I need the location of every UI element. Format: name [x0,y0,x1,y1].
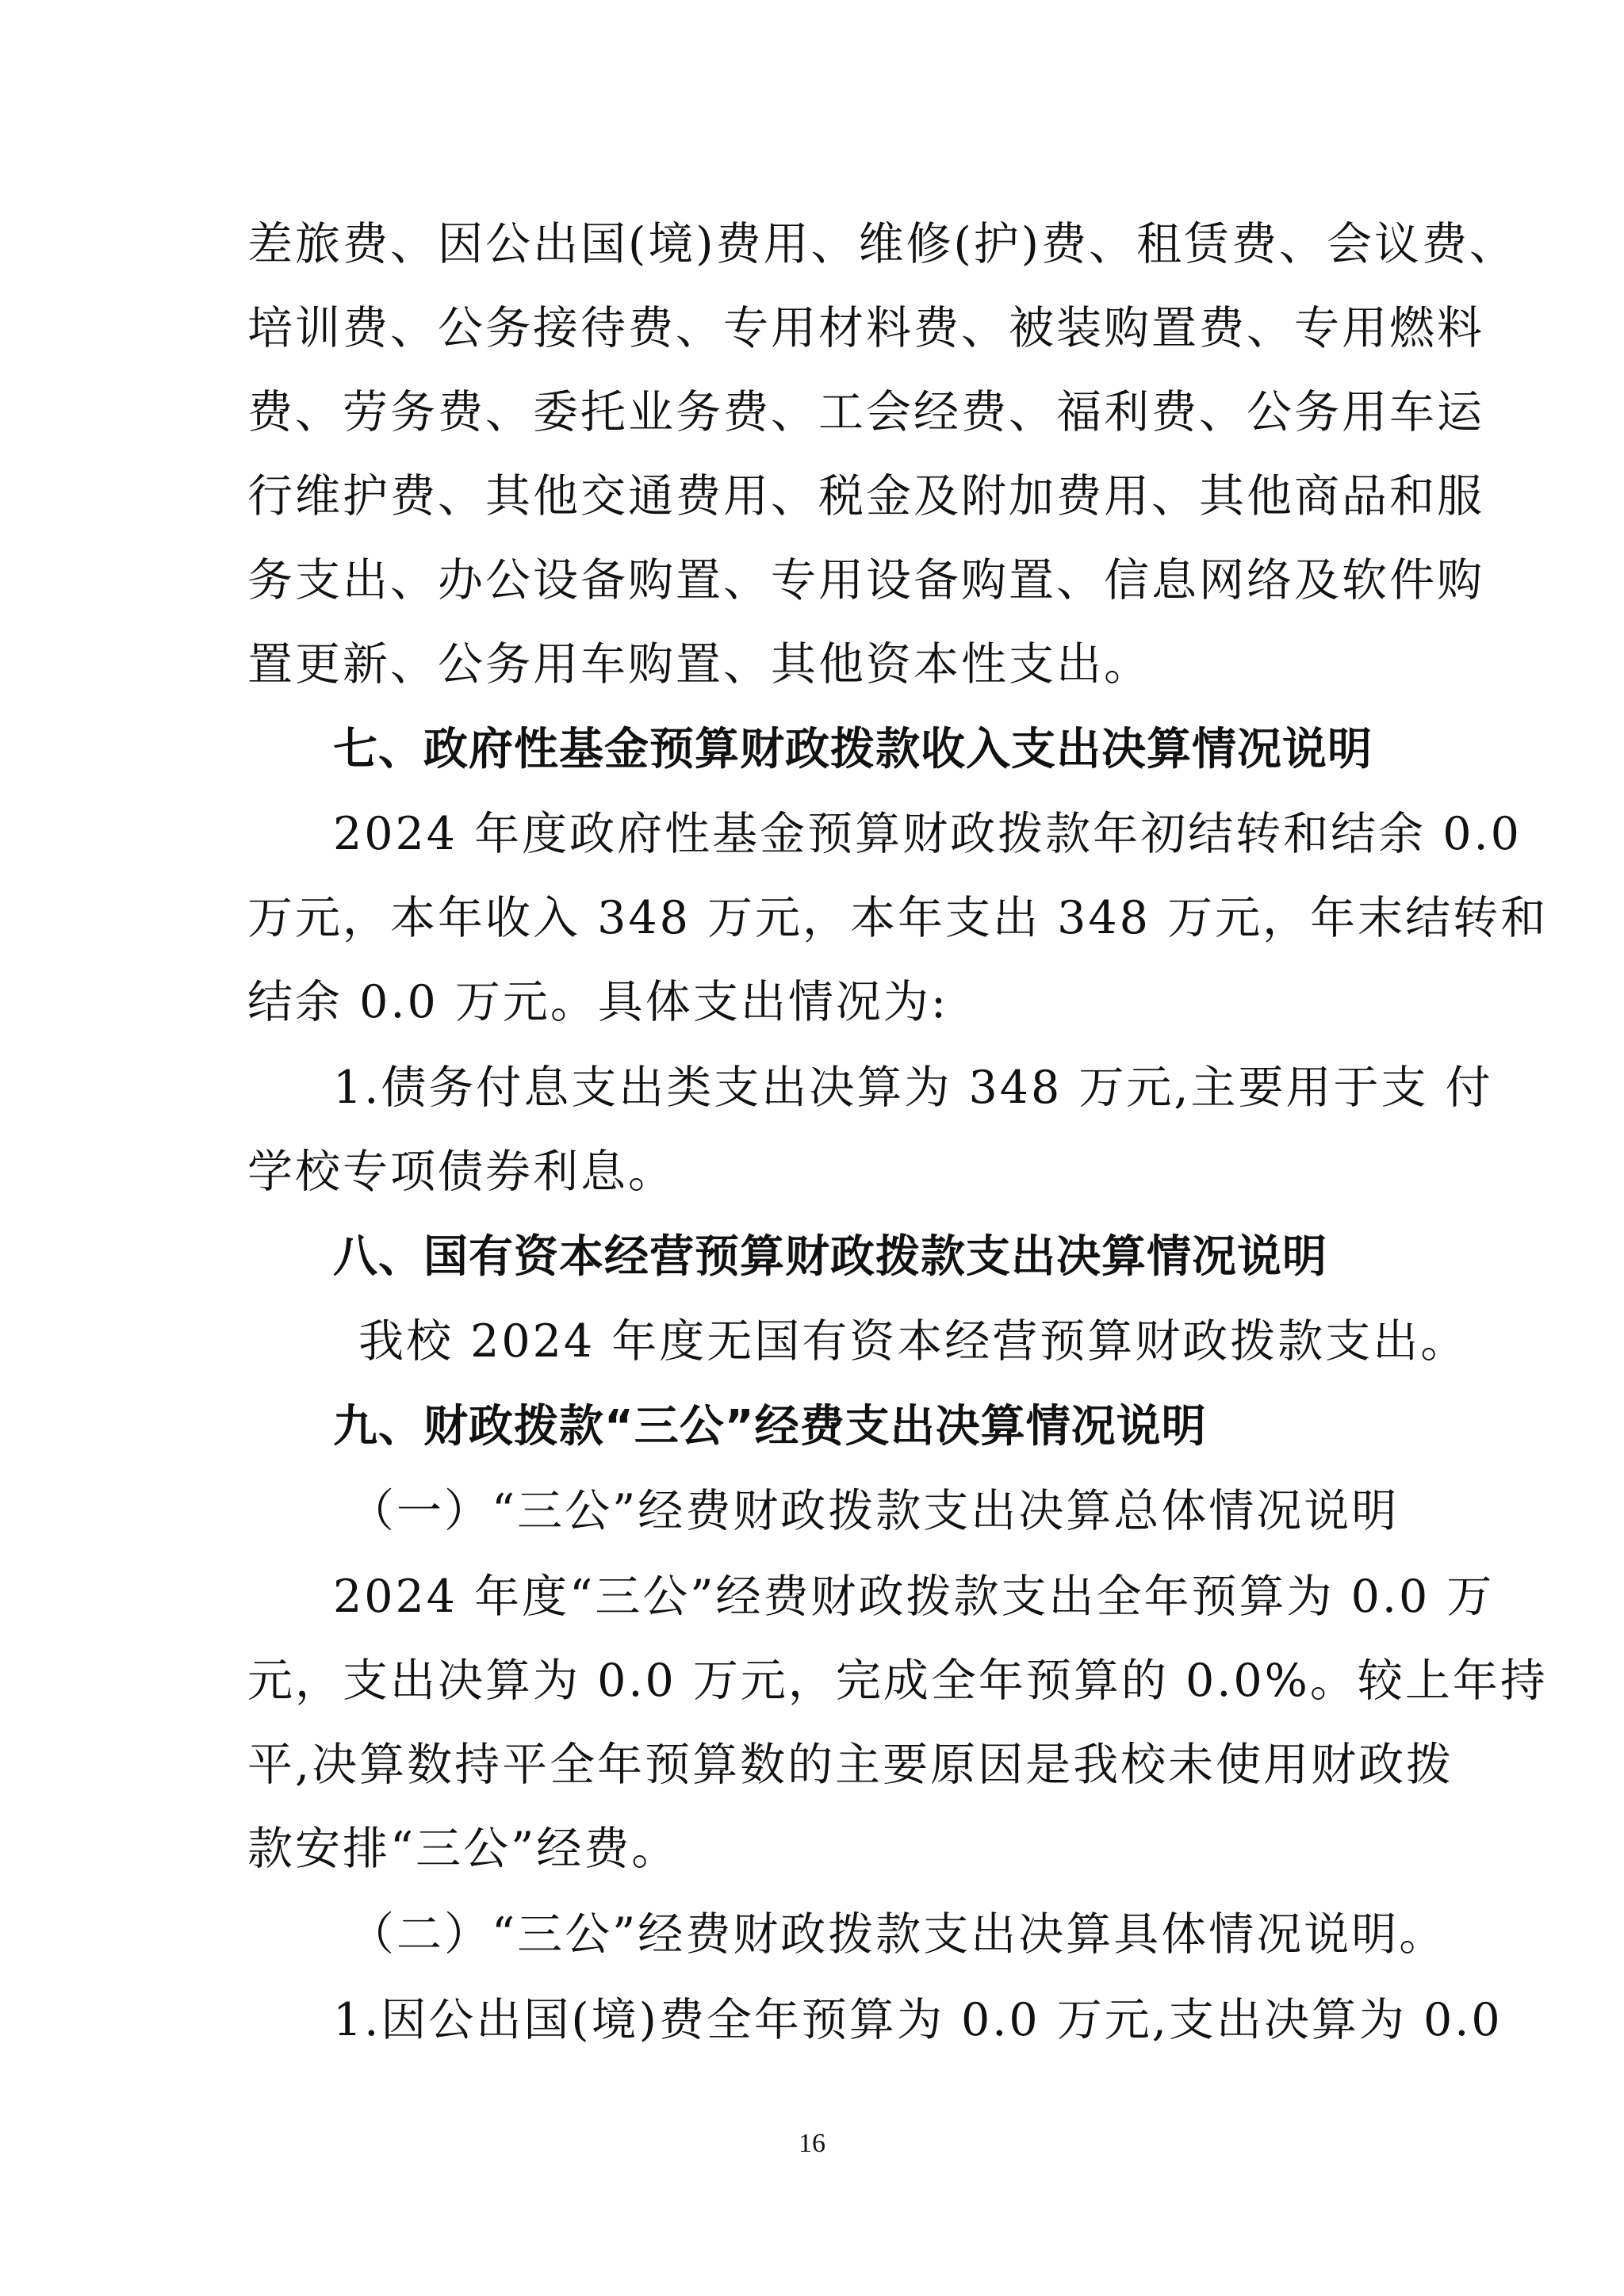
subsection-heading-9-1: （一）“三公”经费财政拨款支出决算总体情况说明 [349,1479,1491,1543]
section-heading-8: 八、国有资本经营预算财政拨款支出决算情况说明 [333,1226,1475,1289]
section7-item-line: 1.债务付息支出类支出决算为 348 万元,主要用于支 付 [333,1056,1389,1119]
body-text-line: 置更新、公务用车购置、其他资本性支出。 [247,633,1389,696]
section9-paragraph-line: 款安排“三公”经费。 [247,1817,1389,1881]
section9-paragraph-line: 元，支出决算为 0.0 万元，完成全年预算的 0.0%。较上年持 [247,1649,1389,1712]
body-text-line: 务支出、办公设备购置、专用设备购置、信息网络及软件购 [247,549,1389,612]
section9-item-line: 1.因公出国(境)费全年预算为 0.0 万元,支出决算为 0.0 [333,1988,1389,2052]
section9-paragraph-line: 2024 年度“三公”经费财政拨款支出全年预算为 0.0 万 [333,1565,1389,1628]
section7-paragraph-line: 万元，本年收入 348 万元，本年支出 348 万元，年末结转和 [247,886,1389,950]
body-text-line: 差旅费、因公出国(境)费用、维修(护)费、租赁费、会议费、 [247,212,1389,276]
section7-paragraph-line: 结余 0.0 万元。具体支出情况为: [247,970,1389,1034]
body-text-line: 培训费、公务接待费、专用材料费、被装购置费、专用燃料 [247,297,1389,360]
section7-item-line: 学校专项债券利息。 [247,1140,1389,1203]
section8-paragraph: 我校 2024 年度无国有资本经营预算财政拨款支出。 [358,1310,1500,1373]
document-page: 差旅费、因公出国(境)费用、维修(护)费、租赁费、会议费、 培训费、公务接待费、… [0,0,1624,2296]
section9-paragraph-line: 平,决算数持平全年预算数的主要原因是我校未使用财政拨 [247,1733,1389,1797]
body-text-line: 行维护费、其他交通费用、税金及附加费用、其他商品和服 [247,465,1389,528]
section-heading-7: 七、政府性基金预算财政拨款收入支出决算情况说明 [333,718,1475,782]
section7-paragraph-line: 2024 年度政府性基金预算财政拨款年初结转和结余 0.0 [333,802,1389,866]
page-number: 16 [0,2129,1624,2159]
subsection-heading-9-2: （二）“三公”经费财政拨款支出决算具体情况说明。 [349,1903,1491,1966]
body-text-line: 费、劳务费、委托业务费、工会经费、福利费、公务用车运 [247,381,1389,444]
section-heading-9: 九、财政拨款“三公”经费支出决算情况说明 [333,1395,1475,1459]
